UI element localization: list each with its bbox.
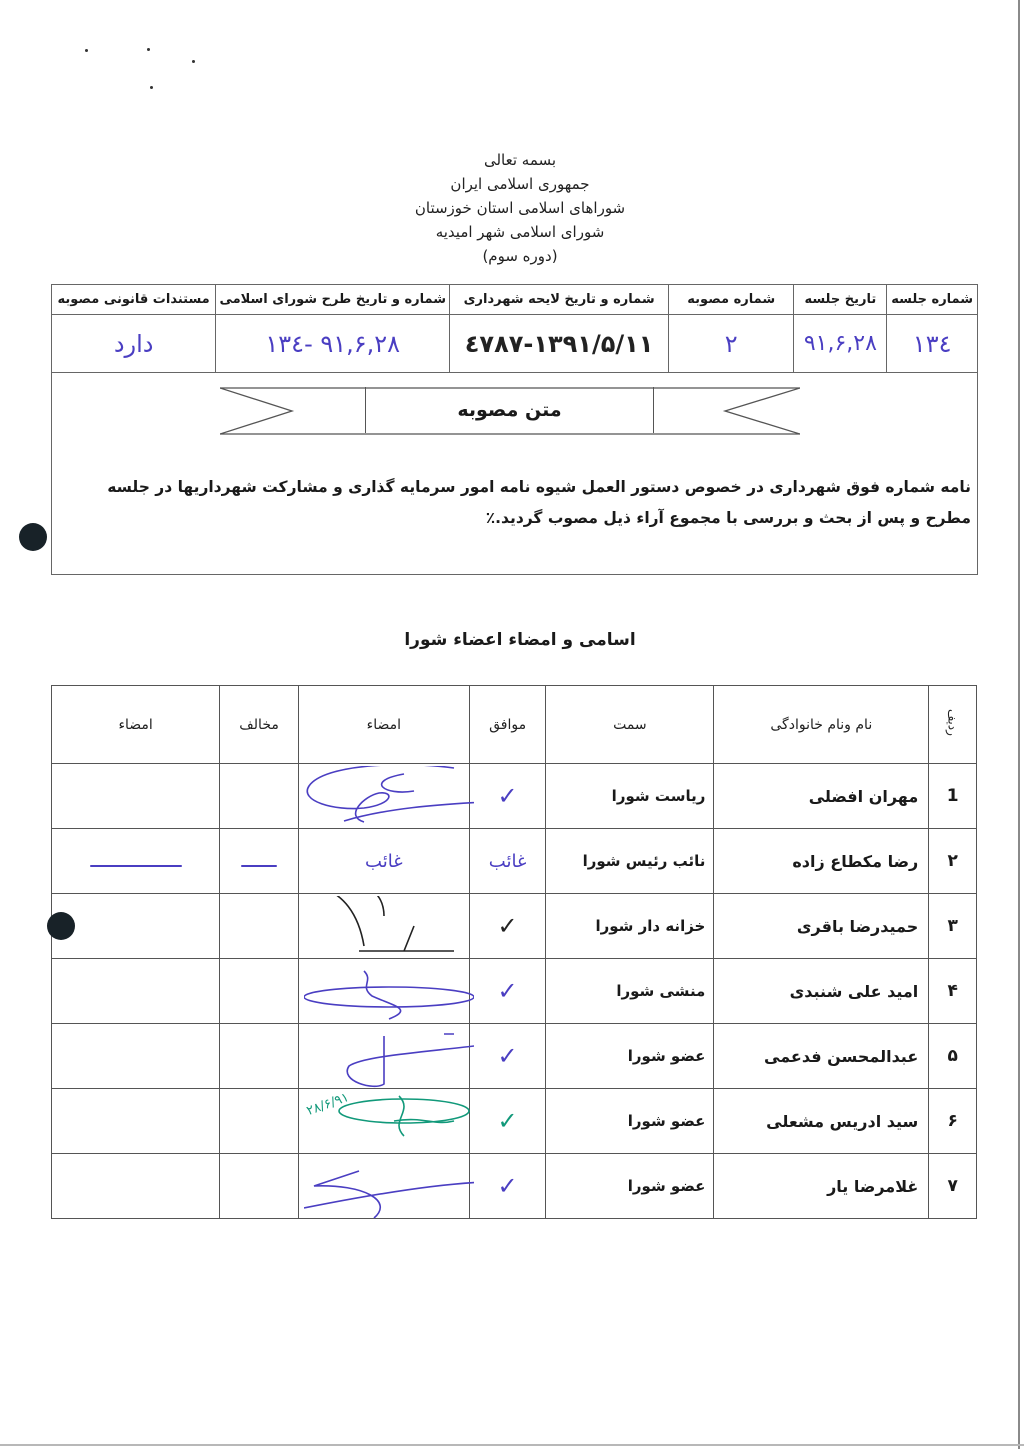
disagree-signature-cell	[52, 1154, 220, 1219]
member-row: ۲۸/۶/۹۱ ✓ عضو شورا سید ادریس مشعلی ۶	[52, 1089, 977, 1154]
header-municipal-bill: شماره و تاریخ لایحه شهرداری	[450, 285, 669, 315]
resolution-info-table: مستندات قانونی مصوبه شماره و تاریخ طرح ش…	[51, 284, 978, 373]
agree-cell: ✓	[469, 894, 546, 959]
disagree-signature-cell	[52, 894, 220, 959]
scan-speck	[85, 49, 88, 52]
disagree-signature-cell	[52, 764, 220, 829]
value-session-number: ۱۳٤	[887, 315, 978, 373]
agree-signature-cell	[298, 959, 469, 1024]
scan-speck	[192, 60, 195, 63]
header-row-number: ردیف	[929, 686, 977, 764]
header-agree: موافق	[469, 686, 546, 764]
value-legal-docs: دارد	[52, 315, 216, 373]
header-agree-signature: امضاء	[298, 686, 469, 764]
member-name: امید علی شنبدی	[714, 959, 929, 1024]
header-province-councils: شوراهای اسلامی استان خوزستان	[380, 196, 660, 220]
header-city-council: شورای اسلامی شهر امیدیه	[380, 220, 660, 244]
signature-scribble-icon	[304, 961, 464, 1017]
header-country: جمهوری اسلامی ایران	[380, 172, 660, 196]
punch-hole	[47, 912, 75, 940]
value-resolution-number: ۲	[669, 315, 794, 373]
scan-speck	[150, 86, 153, 89]
value-council-plan: ۹۱,۶,۲۸ -۱۳٤	[216, 315, 450, 373]
disagree-cell	[220, 894, 299, 959]
resolution-banner-title: متن مصوبه	[365, 387, 654, 433]
member-row-number: ۷	[929, 1154, 977, 1219]
dash-mark-icon	[90, 865, 182, 867]
disagree-signature-cell	[52, 829, 220, 894]
agree-cell: ✓	[469, 1154, 546, 1219]
disagree-cell	[220, 1154, 299, 1219]
checkmark-icon: ✓	[498, 1172, 518, 1200]
disagree-cell	[220, 1024, 299, 1089]
resolution-text-box: متن مصوبه نامه شماره فوق شهرداری در خصوص…	[51, 372, 978, 575]
signature-scribble-icon: ۲۸/۶/۹۱	[304, 1091, 464, 1147]
page-edge-bottom	[0, 1444, 1024, 1446]
signature-scribble-icon	[304, 766, 464, 822]
members-section-title: اسامی و امضاء اعضاء شورا	[380, 630, 660, 650]
member-row-number: ۲	[929, 829, 977, 894]
member-name: غلامرضا یار	[714, 1154, 929, 1219]
member-row: ✓ ریاست شورا مهران افضلی 1	[52, 764, 977, 829]
info-table-header-row: مستندات قانونی مصوبه شماره و تاریخ طرح ش…	[52, 285, 978, 315]
checkmark-icon: ✓	[498, 1042, 518, 1070]
member-row: ✓ منشی شورا امید علی شنبدی ۴	[52, 959, 977, 1024]
agree-cell: ✓	[469, 1089, 546, 1154]
member-row: ✓ خزانه دار شورا حمیدرضا باقری ۳	[52, 894, 977, 959]
absent-note: غائب	[489, 851, 527, 872]
punch-hole	[19, 523, 47, 551]
header-council-plan: شماره و تاریخ طرح شورای اسلامی	[216, 285, 450, 315]
agree-cell: ✓	[469, 959, 546, 1024]
members-table: امضاء مخالف امضاء موافق سمت نام ونام خان…	[51, 685, 977, 1219]
agree-cell: ✓	[469, 1024, 546, 1089]
signature-scribble-icon	[304, 896, 464, 952]
agree-signature-cell	[298, 1154, 469, 1219]
checkmark-icon: ✓	[498, 977, 518, 1005]
header-session-date: تاریخ جلسه	[794, 285, 887, 315]
disagree-cell	[220, 764, 299, 829]
header-name: نام ونام خانوادگی	[714, 686, 929, 764]
page-edge-right	[1018, 0, 1020, 1449]
member-name: حمیدرضا باقری	[714, 894, 929, 959]
header-invocation: بسمه تعالی	[380, 148, 660, 172]
header-position: سمت	[546, 686, 714, 764]
member-row-number: ۵	[929, 1024, 977, 1089]
member-row-number: ۴	[929, 959, 977, 1024]
disagree-signature-cell	[52, 959, 220, 1024]
member-position: عضو شورا	[546, 1154, 714, 1219]
disagree-cell	[220, 829, 299, 894]
disagree-cell	[220, 1089, 299, 1154]
member-row: ✓ عضو شورا غلامرضا یار ۷	[52, 1154, 977, 1219]
header-legal-docs: مستندات قانونی مصوبه	[52, 285, 216, 315]
header-resolution-number: شماره مصوبه	[669, 285, 794, 315]
member-position: منشی شورا	[546, 959, 714, 1024]
scan-speck	[147, 48, 150, 51]
header-term: (دوره سوم)	[380, 244, 660, 268]
agree-signature-cell: غائب	[298, 829, 469, 894]
member-name: رضا مکطاع زاده	[714, 829, 929, 894]
absent-note: غائب	[365, 851, 403, 872]
document-header: بسمه تعالی جمهوری اسلامی ایران شوراهای ا…	[380, 148, 660, 268]
disagree-signature-cell	[52, 1024, 220, 1089]
resolution-banner: متن مصوبه	[220, 387, 800, 435]
member-position: ریاست شورا	[546, 764, 714, 829]
agree-cell: ✓	[469, 764, 546, 829]
info-table-value-row: دارد ۹۱,۶,۲۸ -۱۳٤ ۱۳۹۱/۵/۱۱-٤۷۸۷ ۲ ۹۱,۶,…	[52, 315, 978, 373]
members-header-row: امضاء مخالف امضاء موافق سمت نام ونام خان…	[52, 686, 977, 764]
member-position: نائب رئیس شورا	[546, 829, 714, 894]
agree-signature-cell	[298, 1024, 469, 1089]
member-position: عضو شورا	[546, 1024, 714, 1089]
agree-signature-cell: ۲۸/۶/۹۱	[298, 1089, 469, 1154]
member-position: خزانه دار شورا	[546, 894, 714, 959]
member-name: مهران افضلی	[714, 764, 929, 829]
dash-mark-icon	[241, 865, 277, 867]
header-disagree-signature: امضاء	[52, 686, 220, 764]
member-name: سید ادریس مشعلی	[714, 1089, 929, 1154]
member-row: ✓ عضو شورا عبدالمحسن فدعمی ۵	[52, 1024, 977, 1089]
signature-scribble-icon	[304, 1156, 464, 1212]
checkmark-icon: ✓	[498, 912, 518, 940]
disagree-signature-cell	[52, 1089, 220, 1154]
agree-signature-cell	[298, 764, 469, 829]
member-position: عضو شورا	[546, 1089, 714, 1154]
value-municipal-bill: ۱۳۹۱/۵/۱۱-٤۷۸۷	[450, 315, 669, 373]
checkmark-icon: ✓	[498, 782, 518, 810]
header-session-number: شماره جلسه	[887, 285, 978, 315]
member-row-number: ۳	[929, 894, 977, 959]
signature-scribble-icon	[304, 1026, 464, 1082]
member-row-number: ۶	[929, 1089, 977, 1154]
member-row-number: 1	[929, 764, 977, 829]
checkmark-icon: ✓	[498, 1107, 518, 1135]
disagree-cell	[220, 959, 299, 1024]
agree-cell: غائب	[469, 829, 546, 894]
resolution-body: نامه شماره فوق شهرداری در خصوص دستور الع…	[68, 472, 971, 534]
member-row: غائب غائب نائب رئیس شورا رضا مکطاع زاده …	[52, 829, 977, 894]
value-session-date: ۹۱,۶,۲۸	[794, 315, 887, 373]
member-name: عبدالمحسن فدعمی	[714, 1024, 929, 1089]
header-disagree: مخالف	[220, 686, 299, 764]
agree-signature-cell	[298, 894, 469, 959]
